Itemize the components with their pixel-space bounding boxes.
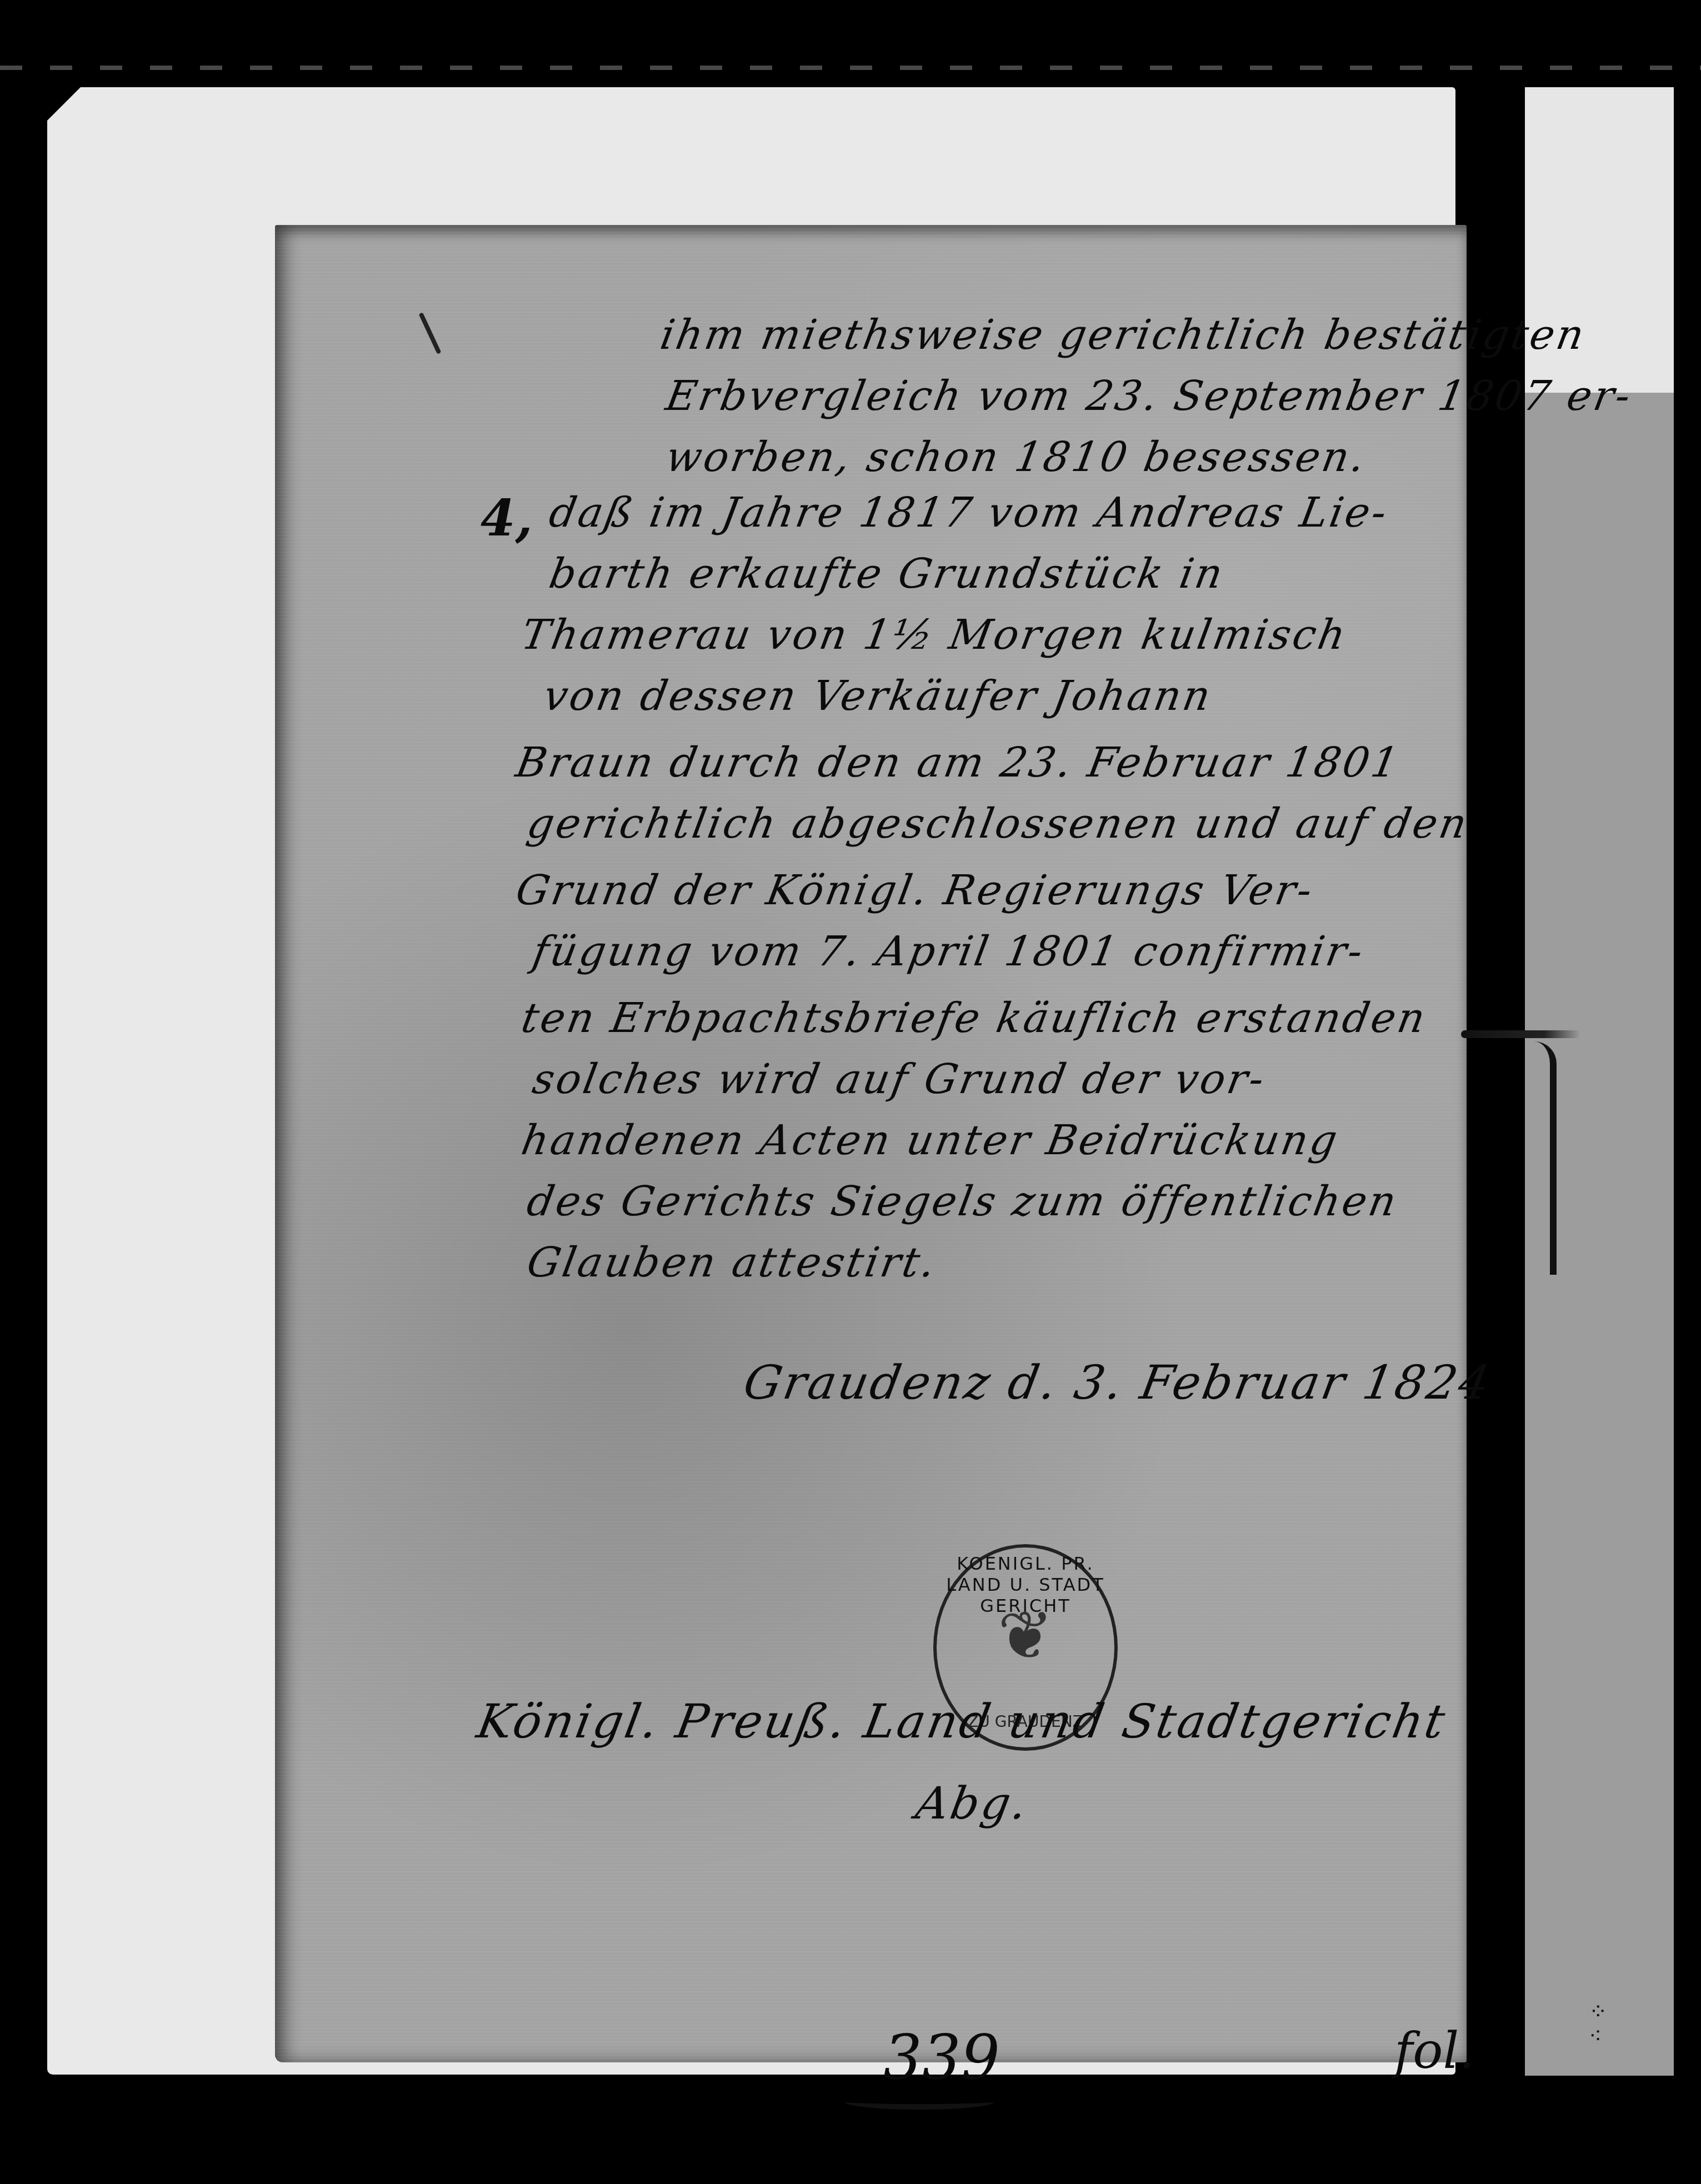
text-line-4: daß im Jahre 1817 vom Andreas Lie- bbox=[546, 489, 1392, 537]
binding-thread bbox=[1461, 1030, 1580, 1038]
corner-initials: fol. bbox=[1394, 2022, 1475, 2080]
text-line-11: fügung vom 7. April 1801 confirmir- bbox=[529, 928, 1368, 975]
text-line-7: von dessen Verkäufer Johann bbox=[540, 672, 1216, 720]
text-line-1: ihm miethsweise gerichtlich bestätigten bbox=[657, 311, 1589, 359]
text-line-15: des Gerichts Siegels zum öffentlichen bbox=[523, 1178, 1402, 1225]
text-line-10: Grund der Königl. Regierungs Ver- bbox=[512, 866, 1318, 914]
binding-thread-loop bbox=[1517, 1041, 1557, 1275]
text-line-5: barth erkaufte Grundstück in bbox=[546, 550, 1228, 598]
text-line-6: Thamerau von 1½ Morgen kulmisch bbox=[518, 611, 1351, 659]
text-line-16: Glauben attestirt. bbox=[523, 1239, 940, 1286]
folio-number: 339 bbox=[883, 2022, 1000, 2093]
margin-ink-marks: ⁘⁖ bbox=[1589, 2000, 1608, 2048]
text-line-9: gerichtlich abgeschlossenen und auf den bbox=[523, 800, 1472, 848]
text-line-12: ten Erbpachtsbriefe käuflich erstanden bbox=[518, 994, 1430, 1042]
text-line-14: handenen Acten unter Beidrückung bbox=[518, 1116, 1343, 1164]
text-line-3: worben, schon 1810 besessen. bbox=[662, 433, 1370, 481]
scan-edge-strip bbox=[0, 66, 1701, 70]
text-line-2: Erbvergleich vom 23. September 1807 er- bbox=[662, 372, 1636, 420]
signature-court-name: Königl. Preuß. Land und Stadtgericht bbox=[473, 1694, 1451, 1749]
list-marker: 4, bbox=[481, 489, 533, 548]
eagle-emblem-icon: ❦ bbox=[987, 1597, 1064, 1675]
signature-initials: Abg. bbox=[912, 1777, 1033, 1829]
place-date-line: Graudenz d. 3. Februar 1824 bbox=[739, 1355, 1495, 1410]
text-line-8: Braun durch den am 23. Februar 1801 bbox=[512, 739, 1404, 787]
text-line-13: solches wird auf Grund der vor- bbox=[529, 1055, 1269, 1103]
folio-underline-flourish bbox=[844, 2094, 994, 2110]
